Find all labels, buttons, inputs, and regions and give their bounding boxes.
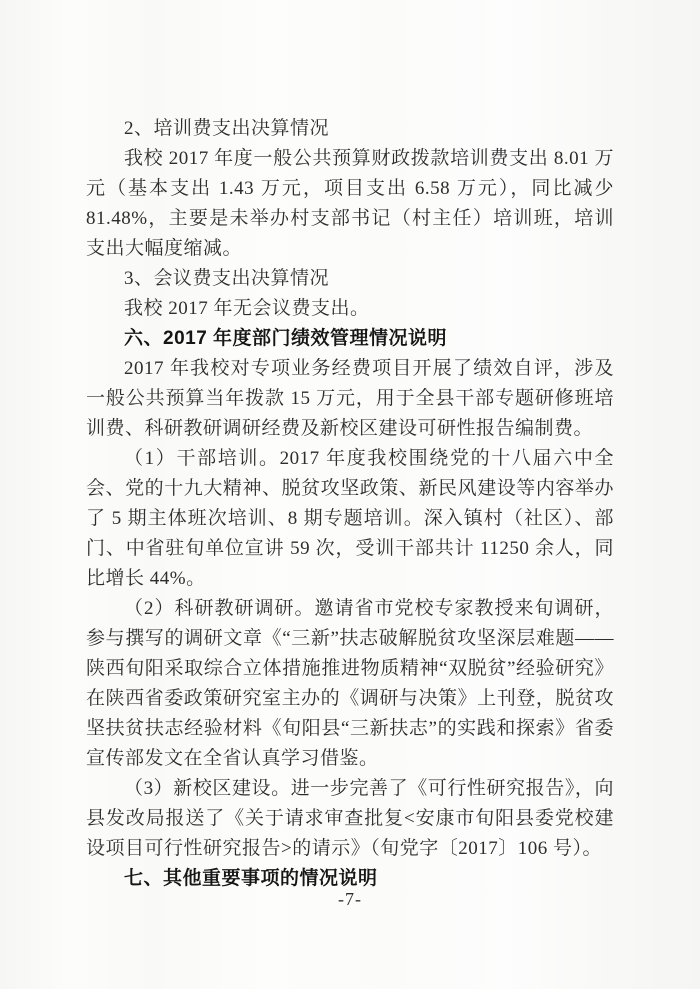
section-heading-performance: 六、2017 年度部门绩效管理情况说明 xyxy=(86,324,614,354)
document-page: 2、培训费支出决算情况我校 2017 年度一般公共预算财政拨款培训费支出 8.0… xyxy=(0,0,700,989)
subsection-title-training-expense: 2、培训费支出决算情况 xyxy=(86,114,614,144)
page-number: -7- xyxy=(0,889,700,910)
paragraph-new-campus: （3）新校区建设。进一步完善了《可行性研究报告》，向县发改局报送了《关于请求审查… xyxy=(86,774,614,864)
subsection-title-meeting-expense: 3、会议费支出决算情况 xyxy=(86,264,614,294)
paragraph-meeting-expense: 我校 2017 年无会议费支出。 xyxy=(86,294,614,324)
paragraph-training-expense: 我校 2017 年度一般公共预算财政拨款培训费支出 8.01 万元（基本支出 1… xyxy=(86,144,614,264)
paragraph-performance-overview: 2017 年我校对专项业务经费项目开展了绩效自评，涉及一般公共预算当年拨款 15… xyxy=(86,354,614,444)
paragraph-research: （2）科研教研调研。邀请省市党校专家教授来旬调研，参与撰写的调研文章《“三新”扶… xyxy=(86,594,614,774)
document-body: 2、培训费支出决算情况我校 2017 年度一般公共预算财政拨款培训费支出 8.0… xyxy=(86,114,614,894)
paragraph-cadre-training: （1）干部培训。2017 年度我校围绕党的十八届六中全会、党的十九大精神、脱贫攻… xyxy=(86,444,614,594)
